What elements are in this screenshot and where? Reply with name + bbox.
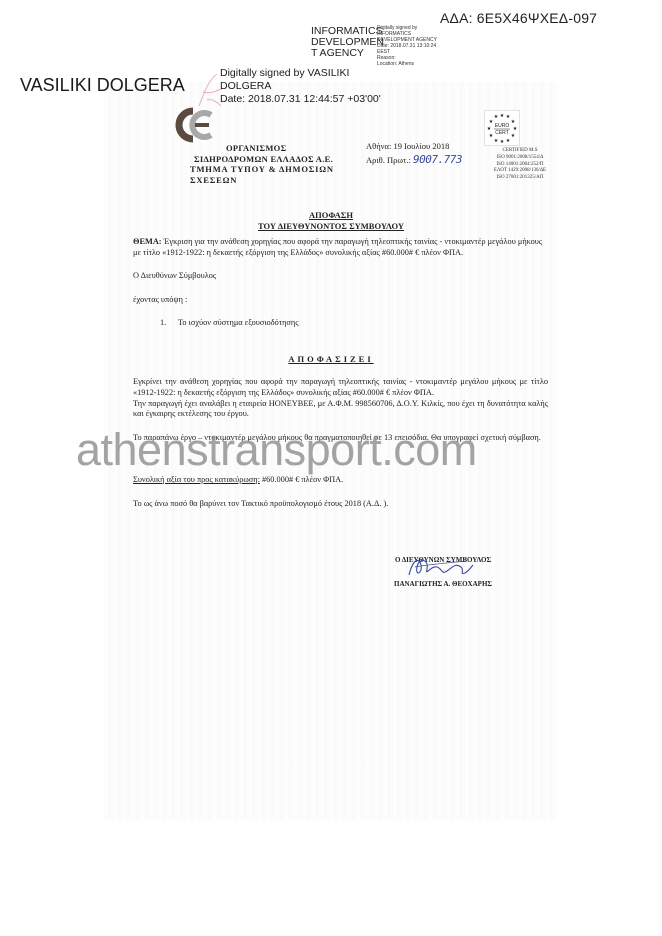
- svg-text:★: ★: [500, 139, 505, 145]
- informatics-signer-name: INFORMATICS DEVELOPMEN T AGENCY: [311, 26, 377, 59]
- svg-text:★: ★: [511, 133, 516, 139]
- decides-heading: ΑΠΟΦΑΣΙΖΕΙ: [104, 354, 558, 364]
- informatics-signature-details: Digitally signed by INFORMATICS DEVELOPM…: [377, 25, 487, 67]
- consideration-item: 1. Το ισχύον σύστημα εξουσιοδότησης: [160, 318, 299, 327]
- certification-list: CERTIFIED M.S ISO 9001:2008/1554/Δ ISO 1…: [475, 148, 565, 182]
- decision-paragraph: Εγκρίνει την ανάθεση χορηγίας που αφορά …: [133, 377, 548, 420]
- vasiliki-signer-name: VASILIKI DOLGERA: [20, 75, 185, 96]
- date-protocol-block: Αθήνα: 19 Ιουλίου 2018 Αριθ. Πρωτ.: 9007…: [366, 139, 462, 167]
- vasiliki-signature-details: Digitally signed by VASILIKI DOLGERA Dat…: [220, 67, 420, 106]
- svg-text:★: ★: [511, 119, 516, 125]
- protocol-line: Αριθ. Πρωτ.: 9007.773: [366, 153, 462, 167]
- total-label: Συνολική αξία του προς κατακύρωση:: [133, 475, 260, 484]
- organisation-header: ΟΡΓΑΝΙΣΜΟΣ ΣΙΔΗΡΟΔΡΟΜΩΝ ΕΛΛΑΔΟΣ Α.Ε. ΤΜΗ…: [190, 143, 350, 185]
- considering-line: έχοντας υπόψη :: [133, 295, 548, 306]
- ceo-line: Ο Διευθύνων Σύμβουλος: [133, 271, 548, 282]
- total-value: #60.000# € πλέον ΦΠΑ.: [260, 475, 343, 484]
- svg-text:★: ★: [494, 114, 499, 120]
- svg-text:★: ★: [506, 138, 511, 144]
- subject-text: Έγκριση για την ανάθεση χορηγίας που αφο…: [133, 237, 542, 257]
- decision-text: Εγκρίνει την ανάθεση χορηγίας που αφορά …: [133, 377, 548, 399]
- producer-text: Την παραγωγή έχει αναλάβει η εταιρεία HO…: [133, 399, 548, 421]
- place-date: Αθήνα: 19 Ιουλίου 2018: [366, 139, 462, 153]
- svg-text:★: ★: [494, 138, 499, 144]
- budget-line: Το ως άνω ποσό θα βαρύνει τον Τακτικό πρ…: [133, 499, 548, 510]
- subject-paragraph: ΘΕΜΑ: Έγκριση για την ανάθεση χορηγίας π…: [133, 237, 548, 259]
- protocol-number: 9007.773: [413, 153, 462, 166]
- handwritten-signature-icon: [405, 555, 475, 581]
- document-title: ΑΠΟΦΑΣΗ ΤΟΥ ΔΙΕΥΘΥΝΟΝΤΟΣ ΣΥΜΒΟΥΛΟΥ: [104, 210, 558, 232]
- subject-label: ΘΕΜΑ:: [133, 237, 162, 246]
- total-value-line: Συνολική αξία του προς κατακύρωση: #60.0…: [133, 475, 548, 486]
- ose-logo-icon: [173, 107, 217, 143]
- svg-text:★: ★: [487, 126, 492, 132]
- svg-text:★: ★: [500, 113, 505, 119]
- svg-text:EURO: EURO: [495, 123, 510, 129]
- eurocert-badge-icon: ★★★ ★★ ★★ ★★ ★★★ EURO CERT: [484, 110, 520, 146]
- watermark: athenstransport.com: [76, 425, 477, 475]
- svg-text:★: ★: [513, 126, 518, 132]
- svg-text:CERT: CERT: [495, 130, 509, 136]
- protocol-label: Αριθ. Πρωτ.:: [366, 155, 411, 165]
- svg-text:★: ★: [489, 119, 494, 125]
- ada-identifier: ΑΔΑ: 6Ε5Χ46ΨΧΕΔ-097: [440, 10, 597, 26]
